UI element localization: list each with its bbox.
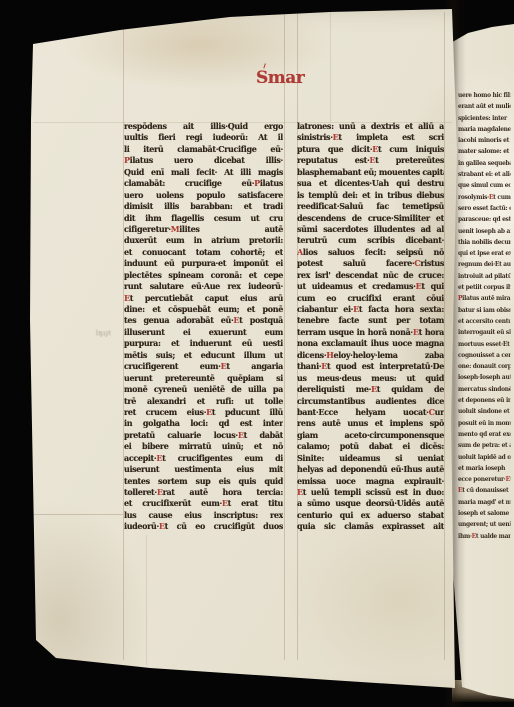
text-line: Quid enī mali fecit· At illi magis [124,167,283,178]
text-line: dine: et cōspuebāt eum; et ponē [124,304,283,315]
text-line: sinistris·Et impleta est scri [297,132,444,143]
text-line: nona exclamauit ihus uoce magna [297,338,444,349]
text-line: latrones: unū a dextris et aliū a [297,121,444,132]
text-line: iudeorū·Et cū eo crucifigūt duos [124,521,283,532]
text-line: Sinite: uideamus si ueniat [297,453,444,464]
text-line: et crucifixerūt eum·Et erat titu [124,498,283,509]
text-line: emissa uoce magna expirauit· [297,476,444,487]
text-line: accepit·Et crucifigentes eum di [124,453,283,464]
ruling-line [444,12,445,660]
text-line: ei bibere mirratū uinū; et nō [124,441,283,452]
text-line: descendens de cruce·Similiter et [297,213,444,224]
text-line: cum eo crucifixi erant cōui [297,293,444,304]
text-line: lus cause eius inscriptus: rex [124,510,283,521]
text-line: tenebre facte sunt per totam [297,315,444,326]
text-line: Alios saluos fecit: seipsū nō [297,247,444,258]
text-line: Et percutiebāt caput eius arū [124,293,283,304]
text-line: trē alexandri et rufi: ut tolle [124,396,283,407]
text-line: monē cyreneū ueniētē de uilla pa [124,384,283,395]
margin-gloss: lŋıȷt [96,329,111,337]
text-line: in golgatha loci: qd est inter [124,418,283,429]
text-line: calamo; potū dabat ei dicēs: [297,441,444,452]
text-line: pretatū caluarie locus·Et dabāt [124,430,283,441]
text-line: mētis suis; et educunt illum ut [124,350,283,361]
text-line: tentes sortem sup eis quis quid [124,476,283,487]
text-line: illuserunt ei exuerunt eum [124,327,283,338]
text-line: rens autē unus et implens spō [297,418,444,429]
text-line: ptura que dicit·Et cum iniquis [297,144,444,155]
manuscript-photo: uere homo hic filıerant aūt et mulieress… [0,0,514,707]
text-line: reedificat·Saluū fac temetipsū [297,201,444,212]
text-line: duxerūt eum in atrium pretorii: [124,235,283,246]
text-line: ciabantur ei·Et facta hora sexta: [297,304,444,315]
text-line: potest saluū facere·Cristus [297,258,444,269]
ruling-line [284,12,285,660]
text-line: sūmi sacerdotes illudentes ad al [297,224,444,235]
text-line: uerunt pretereuntē quēpiam si [124,373,283,384]
text-line: induunt eū purpura·et imponūt ei [124,258,283,269]
text-line: tolleret·Erat autē hora tercia: [124,487,283,498]
ruling-line [33,514,123,515]
text-line: quia sic clamās expirasset ait [297,521,444,532]
text-line: uiserunt uestimenta eius mit [124,464,283,475]
text-line: runt salutare eū·Aue rex iudeorū· [124,281,283,292]
text-line: sua et dicentes·Uah qui destru [297,178,444,189]
text-line: plectētes spineam coronā: et cepe [124,270,283,281]
text-line: Pilatus uero dicebat illis· [124,155,283,166]
text-line: terutrū cum scribis dicebant· [297,235,444,246]
manuscript-page: Smar lŋıȷt respōdens ait illis·Quid ergo… [0,0,514,707]
ruling-line [330,10,331,122]
text-line: thani·Et quod est interpretatū·De [297,361,444,372]
text-line: ut uideamus et credamus·Et qui [297,281,444,292]
text-line: dereliquisti me·Et quidam de [297,384,444,395]
text-line: tes genua adorabāt eū·Et postquā [124,315,283,326]
text-line: et conuocant totam cohortē; et [124,247,283,258]
text-line: centurio qui ex aduerso stabat [297,510,444,521]
text-line: bant·Ecce helyam uocat·Cur [297,407,444,418]
text-line: clamabāt: crucifige eū·Pilatus [124,178,283,189]
text-line: blasphemabant eū; mouentes capita [297,167,444,178]
text-line: crucifigerent eum·Et angaria [124,361,283,372]
text-line: purpura: et induerunt eū uesti [124,338,283,349]
text-line: li iterū clamabāt·Crucifige eū· [124,144,283,155]
text-line: a sūmo usque deorsū·Uidēs autē [297,498,444,509]
text-line: helyas ad deponendū eū·Ihus autē [297,464,444,475]
text-line: rex isrl' descendat nūc de cruce: [297,270,444,281]
text-line: dit ihm flagellis cesum ut cru [124,213,283,224]
text-line: respōdens ait illis·Quid ergo [124,121,283,132]
text-column-right: latrones: unū a dextris et aliū asinistr… [297,121,444,535]
text-line: uero uolens populo satisfacere [124,190,283,201]
text-column-left: respōdens ait illis·Quid ergouultis fier… [124,121,283,535]
text-line: ret crucem eius·Et pducunt illū [124,407,283,418]
text-line: cifigeretur·Milites autē [124,224,283,235]
fold-line [146,535,147,665]
text-line: us meus·deus meus: ut quid [297,373,444,384]
text-line: is templū dei: et in tribus diebus [297,190,444,201]
text-line: dimisit illis barabban: et tradi [124,201,283,212]
text-line: reputatus est·Et pretereūtes [297,155,444,166]
text-line: uultis fieri regi iudeorū: At il [124,132,283,143]
text-line: dicens·Heloy·heloy·lema zaba [297,350,444,361]
running-title: Smar [256,68,316,92]
text-line: giam aceto·circumponensque [297,430,444,441]
text-line: terram usque in horā nonā·Et hora [297,327,444,338]
text-line: Et uelū templi scissū est in duo: [297,487,444,498]
text-line: circumstantibus audientes dice [297,396,444,407]
